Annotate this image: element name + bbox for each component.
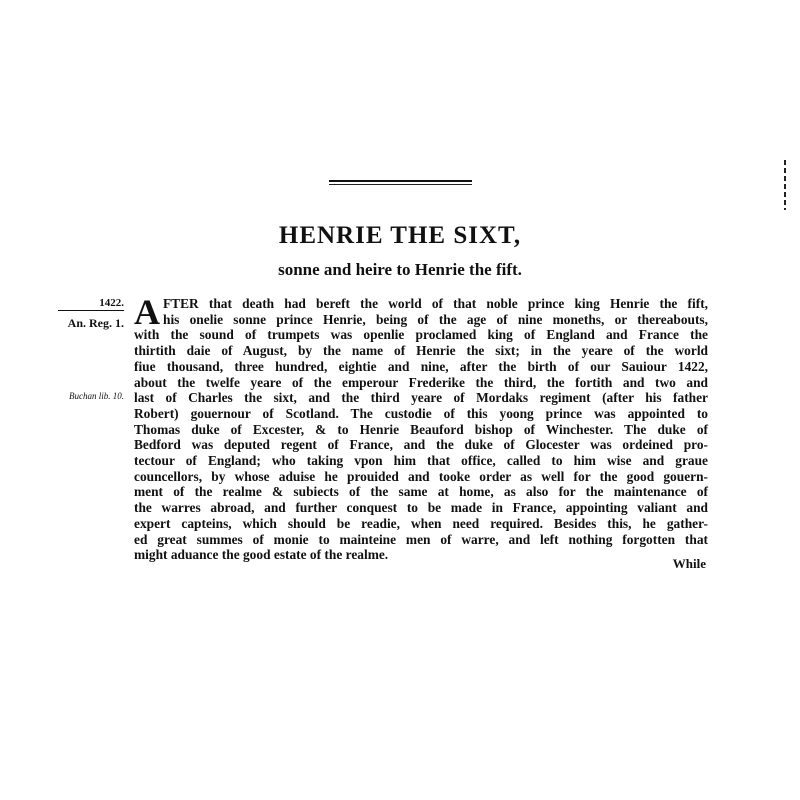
text-line: ed great summes of monie to mainteine me…: [134, 532, 708, 548]
text-line: Robert) gouernour of Scotland. The custo…: [134, 406, 708, 422]
margin-year: 1422.: [58, 297, 124, 311]
drop-cap: A: [134, 297, 160, 327]
text-line: fiue thousand, three hundred, eightie an…: [134, 359, 708, 375]
text-line: ment of the realme & subiects of the sam…: [134, 484, 708, 500]
text-line: FTER that death had bereft the world of …: [134, 296, 708, 312]
margin-source-note: Buchan lib. 10.: [58, 391, 124, 401]
body-paragraph: A FTER that death had bereft the world o…: [134, 296, 708, 563]
text-line: the warres abroad, and further conquest …: [134, 500, 708, 516]
text-line: councellors, by whose aduise he prouided…: [134, 469, 708, 485]
text-line: last of Charles the sixt, and the third …: [134, 390, 708, 406]
text-line: expert capteins, which should be readie,…: [134, 516, 708, 532]
catchword: While: [673, 556, 706, 572]
chapter-subtitle: sonne and heire to Henrie the fift.: [0, 260, 800, 280]
text-line: about the twelfe yeare of the emperour F…: [134, 375, 708, 391]
text-line: with the sound of trumpets was openlie p…: [134, 327, 708, 343]
page-edge-mark: [784, 160, 786, 210]
text-line: Bedford was deputed regent of France, an…: [134, 437, 708, 453]
ornamental-rule: [329, 180, 472, 185]
text-line: his onelie sonne prince Henrie, being of…: [134, 312, 708, 328]
margin-regnal-year: An. Reg. 1.: [58, 316, 124, 331]
chapter-title: HENRIE THE SIXT,: [0, 222, 800, 250]
text-line: tectour of England; who taking vpon him …: [134, 453, 708, 469]
text-line: might aduance the good estate of the rea…: [134, 547, 708, 563]
text-line: Thomas duke of Excester, & to Henrie Bea…: [134, 422, 708, 438]
text-line: thirtith daie of August, by the name of …: [134, 343, 708, 359]
